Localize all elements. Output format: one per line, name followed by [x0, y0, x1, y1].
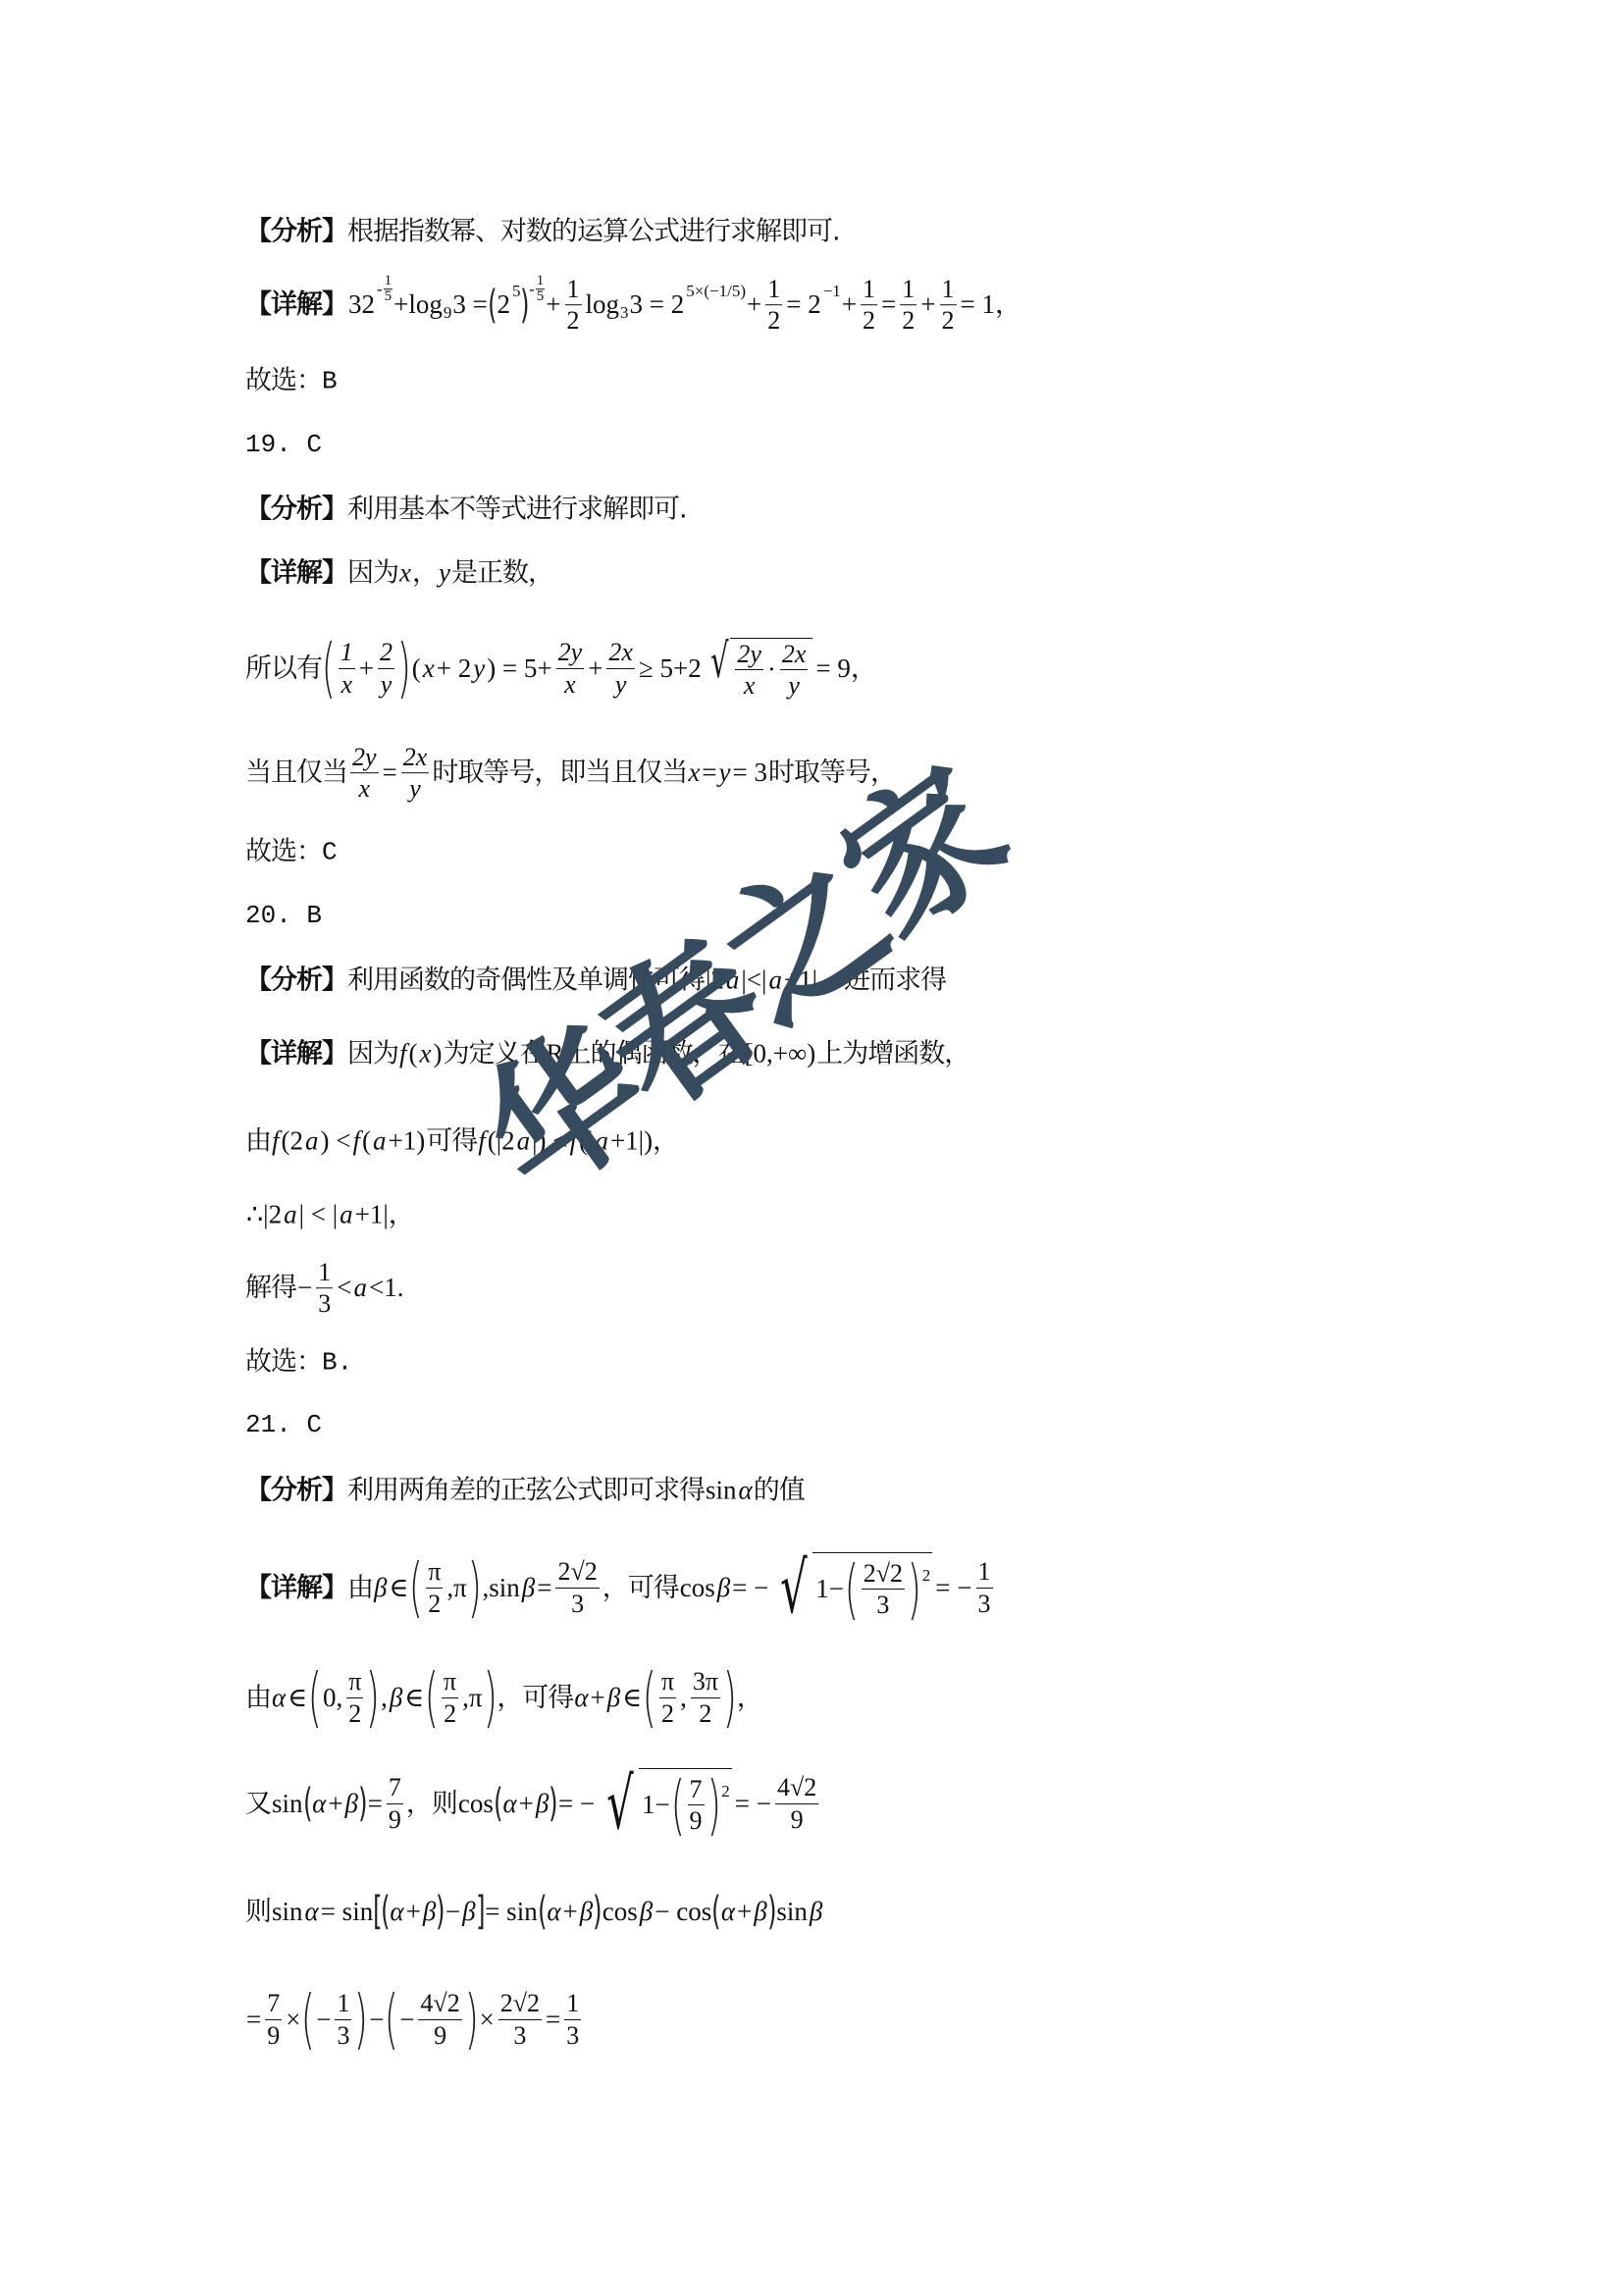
- denominator: 9: [434, 2020, 446, 2049]
- radical-sign-icon: √: [710, 638, 728, 700]
- math-variable: a: [595, 1128, 608, 1155]
- text: 解得: [245, 1276, 296, 1302]
- math-text: = 3: [733, 760, 767, 787]
- math-text: (: [409, 1041, 418, 1068]
- math-text: sin: [776, 1899, 808, 1925]
- math-text: +: [563, 1899, 578, 1925]
- numerator: π: [346, 1668, 363, 1697]
- math-text: = −: [732, 1575, 768, 1601]
- math-text: log: [586, 292, 620, 319]
- fraction: 13: [976, 1558, 993, 1617]
- numerator: 1: [384, 275, 393, 290]
- math-text: +: [737, 1899, 752, 1925]
- math-text: cos: [602, 1899, 638, 1925]
- math-text: +: [328, 1791, 342, 1817]
- fraction: 2y: [378, 639, 394, 698]
- text-line: 【分析】利用基本不等式进行求解即可.: [245, 496, 687, 523]
- denominator: y: [409, 774, 421, 803]
- math-text: ,sin: [482, 1575, 519, 1601]
- math-variable: β: [423, 1899, 436, 1925]
- radicand: 2yx·2xy: [730, 638, 812, 700]
- math-variable: β: [607, 1685, 620, 1711]
- text-line: 故选：C: [245, 839, 338, 865]
- large-bracket: (: [385, 1987, 398, 2052]
- section-tag: 【分析】: [245, 496, 347, 523]
- radical-sign-icon: √: [606, 1768, 634, 1839]
- radical-sign-icon: √: [781, 1552, 809, 1623]
- math-text: (|: [579, 1128, 593, 1155]
- subscript: 3: [620, 305, 629, 322]
- answer-label: 19. C: [245, 432, 322, 457]
- text-line: 由α∈(0,π2),β∈(π2,π)，可得α+β∈(π2,3π2)，: [245, 1665, 762, 1730]
- math-text: (2: [282, 1128, 304, 1155]
- math-text: <1.: [369, 1276, 403, 1302]
- text: 可得: [426, 1128, 477, 1155]
- math-variable: a: [284, 1202, 297, 1228]
- denominator: 9: [791, 1804, 804, 1833]
- math-text: [0,+∞): [745, 1041, 816, 1068]
- fraction: 12: [765, 276, 782, 335]
- numerator: 2x: [401, 744, 430, 773]
- exponent: -15: [528, 290, 545, 321]
- text: ，进而求得: [818, 967, 946, 994]
- large-bracket: ): [464, 1987, 478, 2052]
- math-text: 32: [348, 292, 375, 319]
- text: 由: [245, 1128, 271, 1155]
- denominator: 2: [428, 1589, 441, 1617]
- math-text: 1−: [642, 1792, 670, 1818]
- text-line: 【分析】根据指数幂、对数的运算公式进行求解即可.: [245, 219, 840, 245]
- large-bracket: ): [908, 1557, 921, 1622]
- denominator: 3: [318, 1289, 331, 1318]
- numerator: 2y: [350, 744, 379, 773]
- text: 所以有: [245, 655, 322, 682]
- math-text: +log: [393, 292, 443, 319]
- fraction: 13: [316, 1259, 333, 1318]
- numerator: 2y: [556, 639, 585, 668]
- math-text: +1): [389, 1128, 426, 1155]
- math-text: |<|: [741, 967, 766, 994]
- numerator: 1: [564, 1990, 581, 2019]
- math-text: R: [547, 1041, 564, 1068]
- math-variable: β: [536, 1791, 549, 1817]
- text-line: 【分析】利用两角差的正弦公式即可求得sinα的值: [245, 1478, 805, 1504]
- fraction: 2xy: [401, 744, 430, 803]
- math-variable: f: [399, 1041, 407, 1068]
- denominator: 2: [942, 306, 955, 335]
- exponent-fraction: 15: [536, 275, 546, 305]
- text: ，: [737, 1685, 762, 1711]
- numerator: 2x: [606, 639, 635, 668]
- math-variable: f: [272, 1128, 280, 1155]
- math-text: +: [406, 1899, 421, 1925]
- math-text: = −: [935, 1575, 971, 1601]
- math-text: ∈: [389, 1575, 408, 1601]
- math-variable: a: [340, 1202, 353, 1228]
- text-line: 19. C: [245, 432, 322, 457]
- denominator: 2: [444, 1698, 456, 1727]
- math-text: ∈: [288, 1685, 307, 1711]
- numerator: 7: [265, 1990, 282, 2019]
- text: 因为: [347, 560, 398, 587]
- math-variable: x: [423, 655, 435, 682]
- fraction: 2xy: [780, 641, 809, 700]
- math-text: =: [702, 760, 716, 787]
- text: 利用函数的奇偶性及单调性可得: [347, 967, 705, 994]
- large-bracket: (: [643, 1665, 656, 1730]
- math-text: ×: [479, 2007, 494, 2033]
- math-variable: x: [399, 560, 411, 587]
- math-text: = sin: [321, 1899, 374, 1925]
- denominator: y: [615, 669, 627, 698]
- exponent-fraction: 15: [384, 275, 393, 305]
- text-line: ∴|2a| < |a+1|，: [245, 1202, 416, 1228]
- math-text: =: [537, 1575, 551, 1601]
- large-bracket: ): [468, 1555, 482, 1620]
- math-text: ∴|2: [246, 1202, 282, 1228]
- large-bracket: ): [707, 1773, 720, 1838]
- numerator: 2√2: [498, 1990, 542, 2019]
- math-variable: β: [717, 1575, 730, 1601]
- math-text: +: [359, 655, 374, 682]
- text: ，可得: [602, 1575, 679, 1601]
- math-text: +: [588, 655, 602, 682]
- numerator: π: [442, 1668, 458, 1697]
- denominator: 9: [267, 2020, 280, 2049]
- math-text: 0,: [323, 1685, 342, 1711]
- math-text: ): [434, 1041, 443, 1068]
- text-line: 则sinα = sin[(α+β)−β] = sin(α+β)cosβ − co…: [245, 1892, 823, 1931]
- fraction: 2yx: [735, 641, 763, 700]
- fraction: π2: [426, 1558, 443, 1617]
- numerator: 1: [339, 639, 355, 668]
- math-variable: α: [739, 1478, 753, 1504]
- text: 为定义在: [444, 1041, 546, 1068]
- exponent: -15: [376, 290, 393, 321]
- denominator: x: [564, 669, 576, 698]
- fraction: 13: [564, 1990, 581, 2049]
- text-line: 解得−13<a<1.: [245, 1259, 404, 1318]
- math-variable: β: [390, 1685, 402, 1711]
- fraction: 2√23: [862, 1560, 905, 1619]
- denominator: 2: [348, 1698, 361, 1727]
- bracket: (: [488, 286, 497, 325]
- text: ，可得: [497, 1685, 573, 1711]
- math-variable: x: [688, 760, 700, 787]
- numerator: 2: [378, 639, 394, 668]
- math-text: +: [920, 292, 935, 319]
- denominator: x: [744, 670, 756, 699]
- denominator: 2: [767, 306, 780, 335]
- answer-label: 20. B: [245, 903, 322, 928]
- text-line: 由f(2a) < f(a+1)可得f(|2a|) < f(|a+1|)，: [245, 1128, 680, 1155]
- math-text: +: [842, 292, 857, 319]
- text: 时取等号，即当且仅当: [432, 760, 687, 787]
- math-variable: a: [305, 1128, 319, 1155]
- math-variable: a: [726, 967, 740, 994]
- math-text: −: [297, 1276, 312, 1302]
- math-text: ) <: [321, 1128, 351, 1155]
- text: 故选：: [245, 839, 322, 865]
- math-text: (: [362, 1128, 371, 1155]
- numerator: 1: [940, 276, 957, 305]
- math-text: = 2: [786, 292, 820, 319]
- denominator: 2: [902, 306, 915, 335]
- text: 的值: [754, 1478, 805, 1504]
- math-variable: α: [305, 1899, 319, 1925]
- denominator: 3: [571, 1589, 584, 1617]
- math-variable: α: [312, 1791, 326, 1817]
- section-tag: 【详解】: [245, 1041, 347, 1068]
- fraction: π2: [659, 1668, 676, 1727]
- math-text: +1|)，: [610, 1128, 679, 1155]
- text-line: 21. C: [245, 1412, 322, 1437]
- denominator: 9: [389, 1804, 401, 1833]
- superscript: 2: [721, 1783, 730, 1800]
- numerator: 1: [316, 1259, 333, 1288]
- text-line: 【详解】由β∈(π2,π),sinβ = 2√23，可得cosβ = −√1−(…: [245, 1552, 996, 1623]
- text: 上的偶函数，在: [565, 1041, 744, 1068]
- numerator: 1: [900, 276, 916, 305]
- math-text: +: [519, 1791, 534, 1817]
- math-variable: f: [352, 1128, 360, 1155]
- text-line: 所以有(1x+2y)( x+ 2y ) = 5+2yx+2xy≥ 5+2√2yx…: [245, 636, 878, 701]
- denominator: 3: [513, 2020, 526, 2049]
- bracket: ): [436, 1892, 445, 1931]
- math-text: ,: [381, 1685, 388, 1711]
- square-root: √1−(2√23)2: [771, 1552, 932, 1623]
- math-variable: x: [420, 1041, 432, 1068]
- math-variable: β: [374, 1575, 387, 1601]
- math-text: −: [316, 2007, 331, 2033]
- text-line: 又sin(α+β) = 79，则cos(α+β) = −√1−(79)2 = −…: [245, 1768, 821, 1839]
- numerator: 1: [976, 1558, 993, 1588]
- large-bracket: (: [301, 1987, 315, 2052]
- numerator: π: [659, 1668, 676, 1697]
- minus-sign: -: [377, 282, 383, 298]
- math-variable: β: [810, 1899, 822, 1925]
- numerator: 2√2: [862, 1560, 905, 1590]
- math-variable: β: [754, 1899, 766, 1925]
- section-tag: 【分析】: [245, 1478, 347, 1504]
- fraction: 2xy: [606, 639, 635, 698]
- math-text: +: [591, 1685, 605, 1711]
- bracket: ): [767, 1892, 776, 1931]
- math-text: =: [546, 2007, 560, 2033]
- radicand: 1−(79)2: [639, 1768, 732, 1839]
- fraction: π2: [346, 1668, 363, 1727]
- math-text: (|2: [488, 1128, 515, 1155]
- text-line: 【详解】因为f(x)为定义在R上的偶函数，在[0,+∞)上为增函数，: [245, 1041, 969, 1068]
- numerator: 1: [765, 276, 782, 305]
- text: 根据指数幂、对数的运算公式进行求解即可.: [347, 219, 840, 245]
- fraction: 4√29: [775, 1774, 818, 1833]
- numerator: 2y: [735, 641, 763, 670]
- large-bracket: (: [308, 1665, 322, 1730]
- section-tag: 【分析】: [245, 219, 347, 245]
- fraction: π2: [442, 1668, 458, 1727]
- fraction: 2√23: [498, 1990, 542, 2049]
- math-text: +: [546, 292, 560, 319]
- text-line: 【详解】 32-15+log93 = (25)-15+12log33 = 25×…: [245, 276, 1022, 335]
- section-tag: 【详解】: [245, 560, 347, 587]
- math-text: −: [445, 1899, 460, 1925]
- fraction: 12: [900, 276, 916, 335]
- denominator: 2: [699, 1698, 711, 1727]
- radicand: 1−(2√23)2: [812, 1552, 932, 1623]
- text-line: 【详解】因为x，y是正数，: [245, 560, 553, 587]
- bracket: (: [538, 1892, 547, 1931]
- bracket: (: [381, 1892, 390, 1931]
- fraction: 12: [861, 276, 877, 335]
- text-line: 20. B: [245, 903, 322, 928]
- large-bracket: (: [845, 1557, 859, 1622]
- numerator: 2x: [780, 641, 809, 670]
- math-variable: β: [522, 1575, 535, 1601]
- math-text: 3 =: [452, 292, 487, 319]
- math-variable: β: [640, 1899, 653, 1925]
- numerator: 7: [688, 1776, 705, 1805]
- superscript: 5×(−1/5): [686, 284, 746, 300]
- fraction: 79: [387, 1774, 403, 1833]
- denominator: 3: [978, 1589, 991, 1617]
- math-text: =: [383, 760, 397, 787]
- numerator: 7: [387, 1774, 403, 1803]
- text: 又: [245, 1791, 271, 1817]
- denominator: 3: [876, 1590, 889, 1618]
- math-text: ×: [286, 2007, 300, 2033]
- fraction: 12: [565, 276, 582, 335]
- math-text: sin: [272, 1899, 303, 1925]
- math-variable: α: [502, 1791, 516, 1817]
- numerator: 1: [861, 276, 877, 305]
- math-variable: f: [478, 1128, 486, 1155]
- math-text: =: [881, 292, 896, 319]
- math-text: ∈: [622, 1685, 642, 1711]
- denominator: 2: [661, 1698, 674, 1727]
- math-text: |) <: [532, 1128, 567, 1155]
- bracket: (: [303, 1784, 312, 1823]
- fraction: 2yx: [556, 639, 585, 698]
- answer-label: B: [322, 368, 338, 393]
- math-text: sin: [706, 1478, 737, 1504]
- text-line: 故选：B.: [245, 1349, 352, 1376]
- math-text: +1|，: [355, 1202, 415, 1228]
- math-variable: a: [517, 1128, 531, 1155]
- numerator: 2√2: [555, 1558, 599, 1588]
- fraction: 2yx: [350, 744, 379, 803]
- denominator: 3: [566, 2020, 579, 2049]
- denominator: 2: [567, 306, 580, 335]
- numerator: 1: [565, 276, 582, 305]
- math-text: ∈: [404, 1685, 424, 1711]
- superscript: 2: [922, 1567, 931, 1584]
- large-bracket: (: [409, 1555, 423, 1620]
- math-text: + 2: [437, 655, 471, 682]
- large-bracket: ): [723, 1665, 737, 1730]
- math-text: = 9，: [815, 655, 876, 682]
- text-line: = 79×(−13)−(−4√29)×2√23=13: [245, 1987, 584, 2052]
- fraction: 79: [688, 1776, 705, 1835]
- math-variable: β: [580, 1899, 593, 1925]
- math-text: ≥ 5+2: [639, 655, 702, 682]
- text: 时取等号，: [768, 760, 896, 787]
- math-text: sin: [272, 1791, 303, 1817]
- math-text: cos: [458, 1791, 494, 1817]
- answer-label: B.: [322, 1349, 352, 1375]
- math-text: 2: [497, 292, 511, 319]
- section-tag: 【分析】: [245, 967, 347, 994]
- math-variable: α: [547, 1899, 560, 1925]
- bracket: ): [549, 1784, 557, 1823]
- subscript: 9: [444, 305, 452, 322]
- math-text: −: [399, 2007, 414, 2033]
- fraction: 2√23: [555, 1558, 599, 1617]
- math-variable: f: [570, 1128, 578, 1155]
- denominator: 5: [385, 290, 393, 305]
- large-bracket: ): [354, 1987, 368, 2052]
- text: 由: [347, 1575, 373, 1601]
- square-root: √2yx·2xy: [705, 638, 813, 700]
- text: ，则: [406, 1791, 457, 1817]
- math-text: = sin: [485, 1899, 538, 1925]
- large-bracket: ): [483, 1665, 497, 1730]
- fraction: 1x: [339, 639, 355, 698]
- denominator: y: [381, 669, 393, 698]
- math-text: ,: [680, 1685, 687, 1711]
- math-variable: α: [574, 1685, 588, 1711]
- large-bracket: (: [322, 636, 336, 701]
- large-bracket: ): [397, 636, 411, 701]
- text: 故选：: [245, 1349, 322, 1376]
- document-page: 【分析】根据指数幂、对数的运算公式进行求解即可.【详解】 32-15+log93…: [0, 0, 1623, 2296]
- denominator: x: [359, 774, 371, 803]
- minus-sign: -: [529, 282, 535, 298]
- section-tag: 【详解】: [245, 292, 347, 319]
- bracket: (: [711, 1892, 720, 1931]
- fraction: 13: [335, 1990, 351, 2049]
- math-text: ,π: [446, 1575, 466, 1601]
- text: 故选：: [245, 368, 322, 394]
- math-text: |2: [706, 967, 724, 994]
- section-tag: 【详解】: [245, 1575, 347, 1601]
- text: 上为增函数，: [816, 1041, 969, 1068]
- math-text: − cos: [654, 1899, 711, 1925]
- text-line: 【分析】利用函数的奇偶性及单调性可得|2a|<|a+1|，进而求得: [245, 967, 946, 994]
- bracket: ): [520, 286, 529, 325]
- math-text: ,π: [462, 1685, 482, 1711]
- fraction: 12: [940, 276, 957, 335]
- math-text: = −: [558, 1791, 595, 1817]
- numerator: 1: [536, 275, 546, 290]
- answer-label: 21. C: [245, 1412, 322, 1437]
- math-text: ) = 5+: [487, 655, 551, 682]
- denominator: 2: [863, 306, 875, 335]
- text: 因为: [347, 1041, 398, 1068]
- math-variable: y: [719, 760, 731, 787]
- dot-operator-icon: ·: [767, 656, 776, 683]
- numerator: 4√2: [775, 1774, 818, 1803]
- text: ，: [412, 560, 438, 587]
- math-variable: a: [373, 1128, 387, 1155]
- text-line: 当且仅当2yx=2xy时取等号，即当且仅当x = y = 3时取等号，: [245, 744, 896, 803]
- math-text: <: [337, 1276, 351, 1302]
- math-text: = 1，: [961, 292, 1021, 319]
- text: 利用两角差的正弦公式即可求得: [347, 1478, 705, 1504]
- bracket: ): [358, 1784, 367, 1823]
- math-variable: y: [439, 560, 450, 587]
- numerator: 3π: [691, 1668, 720, 1697]
